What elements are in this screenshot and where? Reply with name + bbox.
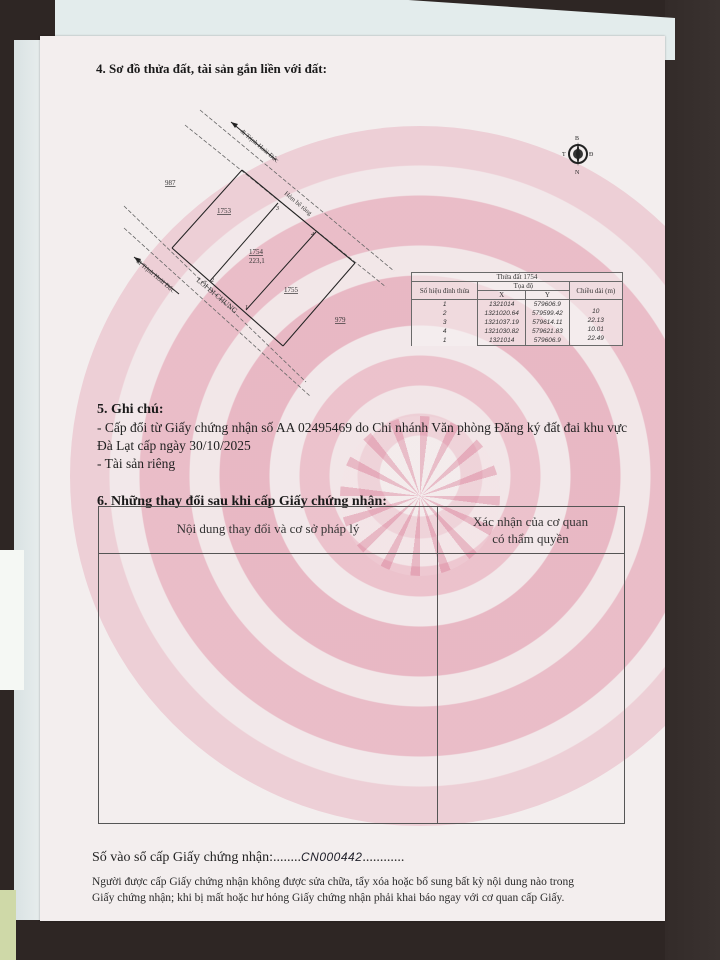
col-x-header: X [478, 291, 526, 300]
svg-text:1754: 1754 [249, 248, 264, 256]
section4-title: 4. Sơ đồ thửa đất, tài sản gắn liền với … [96, 61, 327, 77]
coord-table-title: Thửa đất 1754 [412, 273, 623, 282]
left-light-area [0, 550, 24, 690]
svg-text:223,1: 223,1 [249, 257, 265, 265]
col-coords-header: Tọa độ [478, 282, 569, 291]
desk-background [665, 0, 720, 960]
notice-line-1: Người được cấp Giấy chứng nhận không đượ… [92, 874, 574, 890]
note-line-1: - Cấp đổi từ Giấy chứng nhận số AA 02495… [97, 419, 627, 436]
table-row: 1 2 3 4 1 1321014 1321020.64 1321037.19 … [412, 300, 623, 346]
note-line-2: Đà Lạt cấp ngày 30/10/2025 [97, 437, 251, 454]
svg-text:Đ: Đ [589, 152, 594, 158]
note-line-3: - Tài sản riêng [97, 455, 175, 472]
col-y-header: Y [526, 291, 569, 300]
svg-text:LỐI ĐI CHUNG: LỐI ĐI CHUNG [195, 275, 241, 316]
compass-icon: B N Đ T [558, 132, 598, 176]
certificate-content: 4. Sơ đồ thửa đất, tài sản gắn liền với … [40, 36, 665, 921]
notice-line-2: Giấy chứng nhận; khi bị mất hoặc hư hỏng… [92, 890, 564, 906]
svg-text:1755: 1755 [284, 286, 299, 294]
register-number: CN000442 [301, 850, 362, 864]
svg-text:979: 979 [335, 316, 346, 324]
svg-text:N: N [575, 170, 580, 176]
changes-content-header: Nội dung thay đổi và cơ sở pháp lý [99, 521, 437, 537]
svg-text:3: 3 [275, 206, 279, 212]
col-point-header: Số hiệu đỉnh thửa [412, 282, 478, 300]
svg-text:đi Trịnh Hoài Đức: đi Trịnh Hoài Đức [239, 128, 280, 164]
parcel-map: đi Trịnh Hoài Đức đi Trịnh Hoài Đức Hẻm … [110, 100, 410, 400]
svg-text:Hẻm bê tông: Hẻm bê tông [283, 190, 314, 217]
svg-text:B: B [575, 136, 579, 142]
svg-text:987: 987 [165, 179, 176, 187]
svg-text:đi Trịnh Hoài Đức: đi Trịnh Hoài Đức [135, 258, 176, 294]
changes-confirm-header: Xác nhận của cơ quan có thẩm quyền [437, 513, 624, 547]
svg-text:T: T [562, 152, 566, 158]
register-number-field: Số vào sổ cấp Giấy chứng nhận:........CN… [92, 849, 404, 866]
svg-text:1: 1 [245, 305, 248, 311]
changes-table: Nội dung thay đổi và cơ sở pháp lý Xác n… [98, 506, 625, 824]
svg-text:4: 4 [311, 231, 314, 238]
section5-title: 5. Ghi chú: [97, 402, 164, 418]
svg-text:1753: 1753 [217, 207, 232, 215]
coordinate-table: Thửa đất 1754 Số hiệu đỉnh thửa Tọa độ C… [411, 272, 623, 346]
col-length-header: Chiều dài (m) [569, 282, 622, 300]
left-green-area [0, 890, 16, 960]
svg-text:2: 2 [211, 278, 214, 284]
